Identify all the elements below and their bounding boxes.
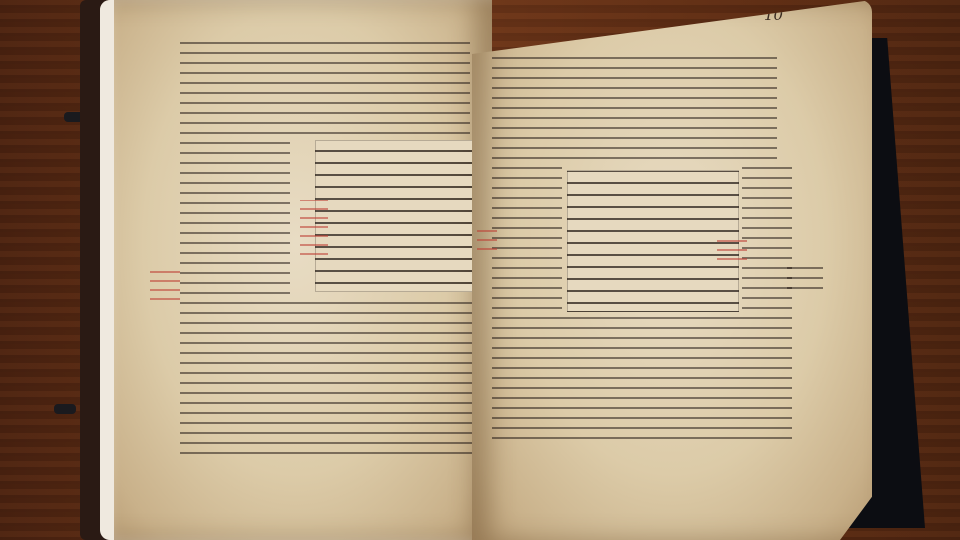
red-rubric bbox=[150, 265, 180, 305]
red-rubric bbox=[477, 225, 497, 255]
text-block-left bbox=[180, 140, 290, 300]
page-edge-left bbox=[100, 0, 114, 540]
marginal-note bbox=[787, 265, 823, 295]
left-page bbox=[100, 0, 492, 540]
text-block-left bbox=[492, 165, 562, 315]
folio-number: 10 bbox=[764, 6, 783, 24]
manuscript-book: 10 bbox=[80, 0, 880, 540]
red-rubric bbox=[300, 200, 328, 260]
clasp-bottom bbox=[54, 404, 76, 414]
text-block-top bbox=[180, 40, 470, 140]
central-text-box bbox=[567, 170, 739, 312]
right-page: 10 bbox=[472, 0, 872, 540]
central-text-box bbox=[315, 140, 477, 292]
text-block-bottom bbox=[180, 300, 475, 460]
text-block-bottom bbox=[492, 315, 792, 445]
text-block-right bbox=[742, 165, 792, 315]
text-block-top bbox=[492, 55, 777, 165]
red-rubric bbox=[717, 240, 747, 265]
